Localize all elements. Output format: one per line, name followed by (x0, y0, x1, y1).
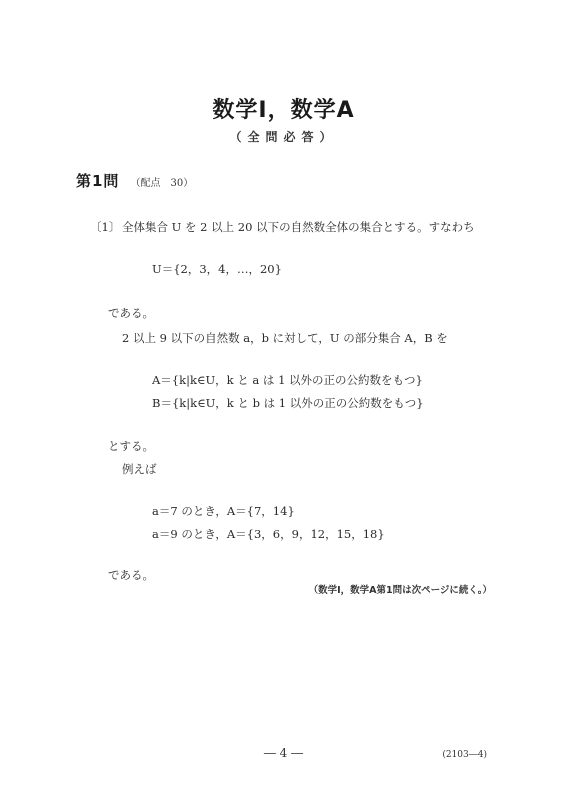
question-heading: 第1問 （配点 30） (76, 170, 193, 191)
page-title: 数学Ⅰ，数学A (0, 93, 567, 124)
text-dearu-1: である。 (108, 306, 154, 320)
question-number: 第1問 (76, 172, 119, 190)
question-points: （配点 30） (131, 178, 194, 189)
set-u-equation: U＝{2，3，4，…，20} (152, 262, 282, 276)
text-tosuru: とする。 (108, 439, 154, 453)
set-b-definition: B＝{k|k∈U，k と b は 1 以外の正の公約数をもつ} (152, 396, 424, 410)
page-subtitle: （全問必答） (0, 128, 567, 145)
text-tatoeba: 例えば (122, 462, 157, 476)
set-a-definition: A＝{k|k∈U，k と a は 1 以外の正の公約数をもつ} (152, 373, 423, 387)
part-label: 〔1〕 (90, 220, 120, 234)
example-a7: a＝7 のとき，A＝{7，14} (152, 504, 295, 518)
define-ab-line: 2 以上 9 以下の自然数 a，b に対して，U の部分集合 A，B を (122, 331, 448, 345)
document-code: (2103―4) (442, 750, 487, 760)
continuation-note: （数学Ⅰ，数学A第1問は次ページに続く。） (309, 582, 492, 596)
text-dearu-2: である。 (108, 568, 154, 582)
example-a9: a＝9 のとき，A＝{3，6，9，12，15，18} (152, 527, 385, 541)
intro-line: 全体集合 U を 2 以上 20 以下の自然数全体の集合とする。すなわち (122, 220, 475, 234)
